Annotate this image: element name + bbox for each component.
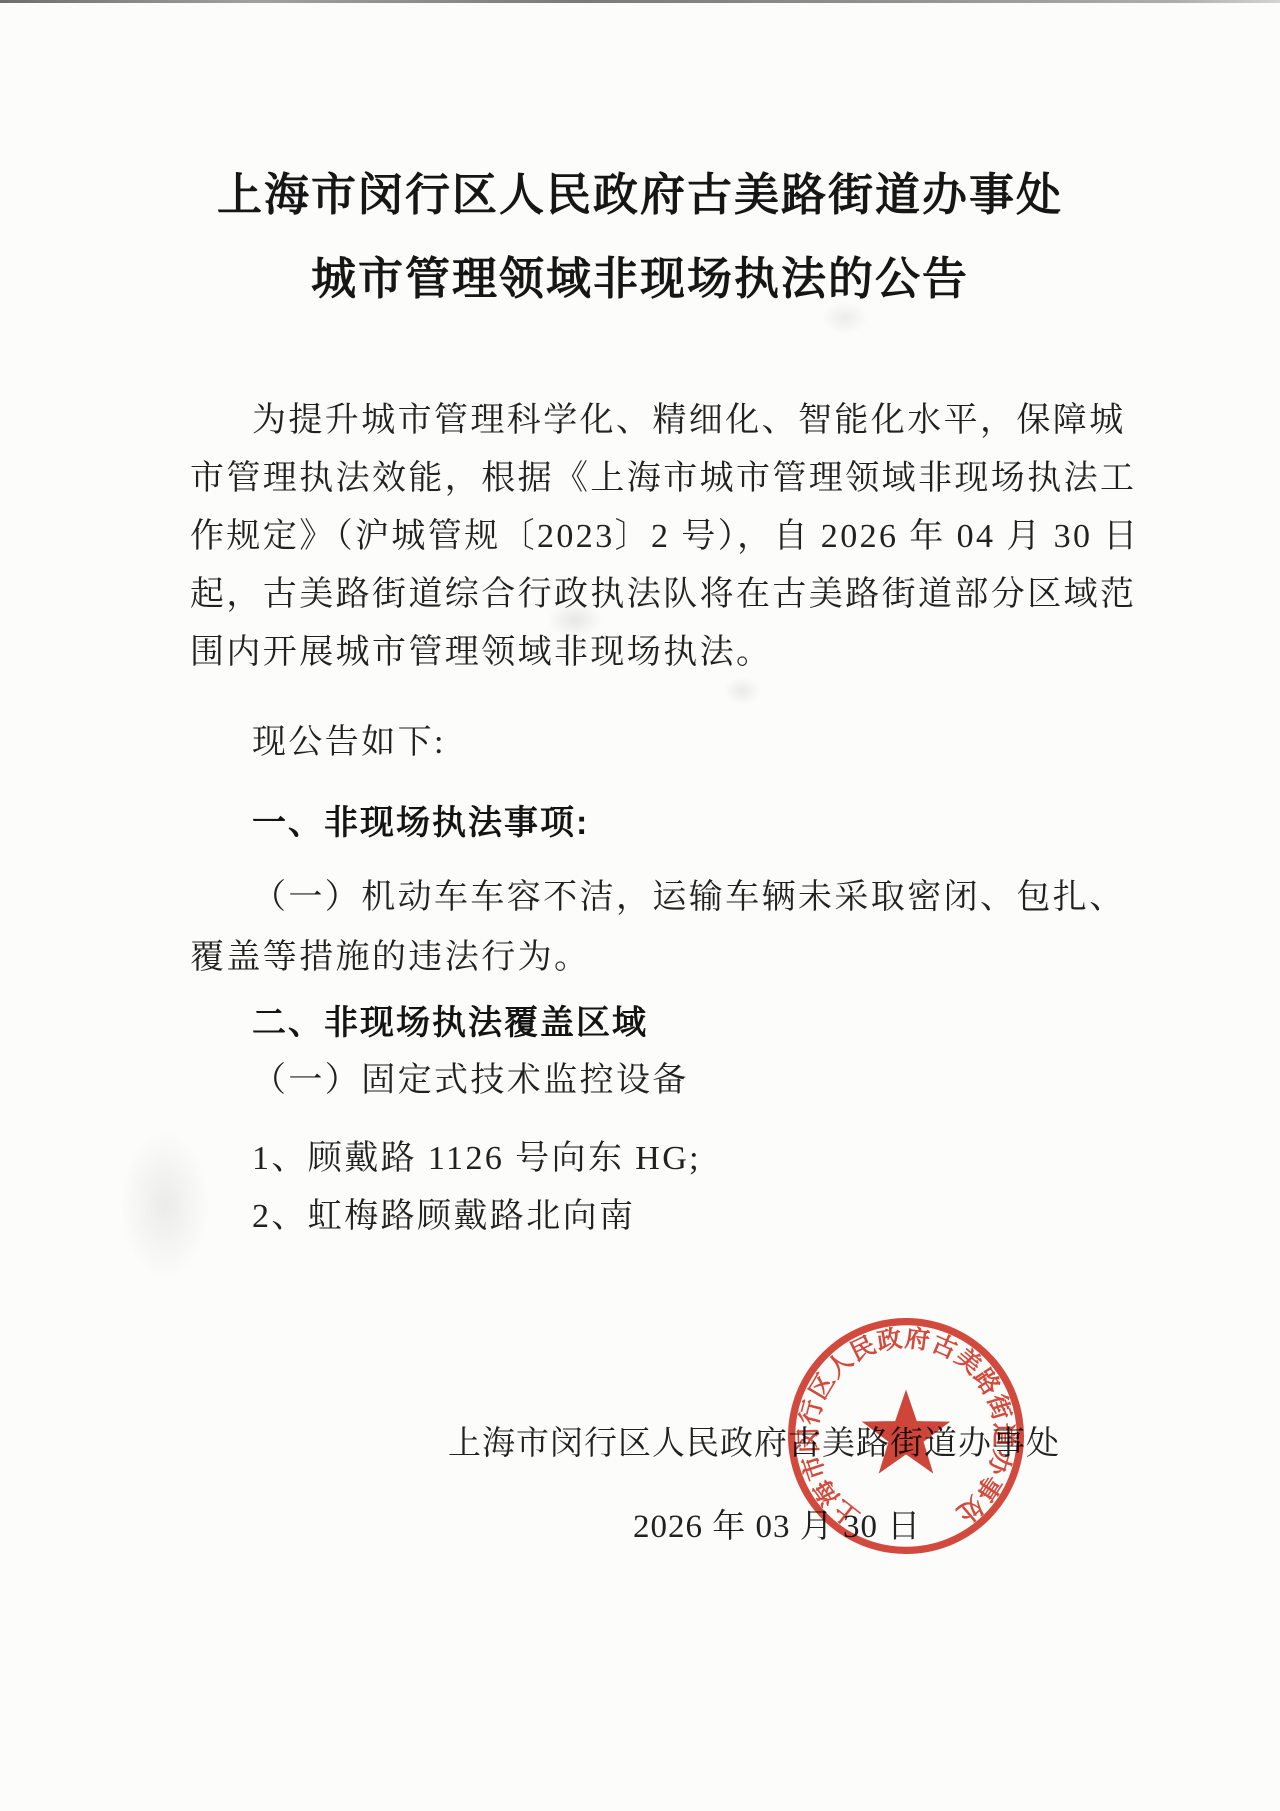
- section1-line2: 覆盖等措施的违法行为。: [190, 929, 590, 978]
- paragraph1-line1: 为提升城市管理科学化、精细化、智能化水平，保障城: [252, 392, 1126, 441]
- section2-subheading: （一）固定式技术监控设备: [252, 1052, 689, 1101]
- section1-line1: （一）机动车车容不洁，运输车辆未采取密闭、包扎、: [252, 869, 1126, 918]
- device-item-2: 2、虹梅路顾戴路北向南: [252, 1188, 635, 1237]
- section1-heading: 一、非现场执法事项:: [252, 795, 589, 844]
- announce-intro: 现公告如下:: [252, 714, 446, 763]
- scan-smudge: [722, 676, 762, 706]
- seal-star-icon: [862, 1389, 950, 1473]
- document-title-line2: 城市管理领域非现场执法的公告: [0, 242, 1280, 307]
- scan-edge-artifact: [0, 0, 1280, 3]
- document-page: 上海市闵行区人民政府古美路街道办事处 城市管理领域非现场执法的公告 为提升城市管…: [0, 0, 1280, 1811]
- scan-smudge: [120, 1130, 210, 1280]
- paragraph1-line5: 围内开展城市管理领域非现场执法。: [190, 624, 772, 673]
- paragraph1-line2: 市管理执法效能，根据《上海市城市管理领域非现场执法工: [190, 450, 1136, 499]
- document-title-line1: 上海市闵行区人民政府古美路街道办事处: [0, 158, 1280, 223]
- paragraph1-line4: 起，古美路街道综合行政执法队将在古美路街道部分区域范: [190, 566, 1136, 615]
- device-item-1: 1、顾戴路 1126 号向东 HG;: [252, 1130, 701, 1179]
- paragraph1-line3: 作规定》（沪城管规〔2023〕2 号），自 2026 年 04 月 30 日: [190, 508, 1140, 557]
- official-seal: 上海市闵行区人民政府古美路街道办事处: [780, 1310, 1032, 1562]
- section2-heading: 二、非现场执法覆盖区域: [252, 995, 648, 1044]
